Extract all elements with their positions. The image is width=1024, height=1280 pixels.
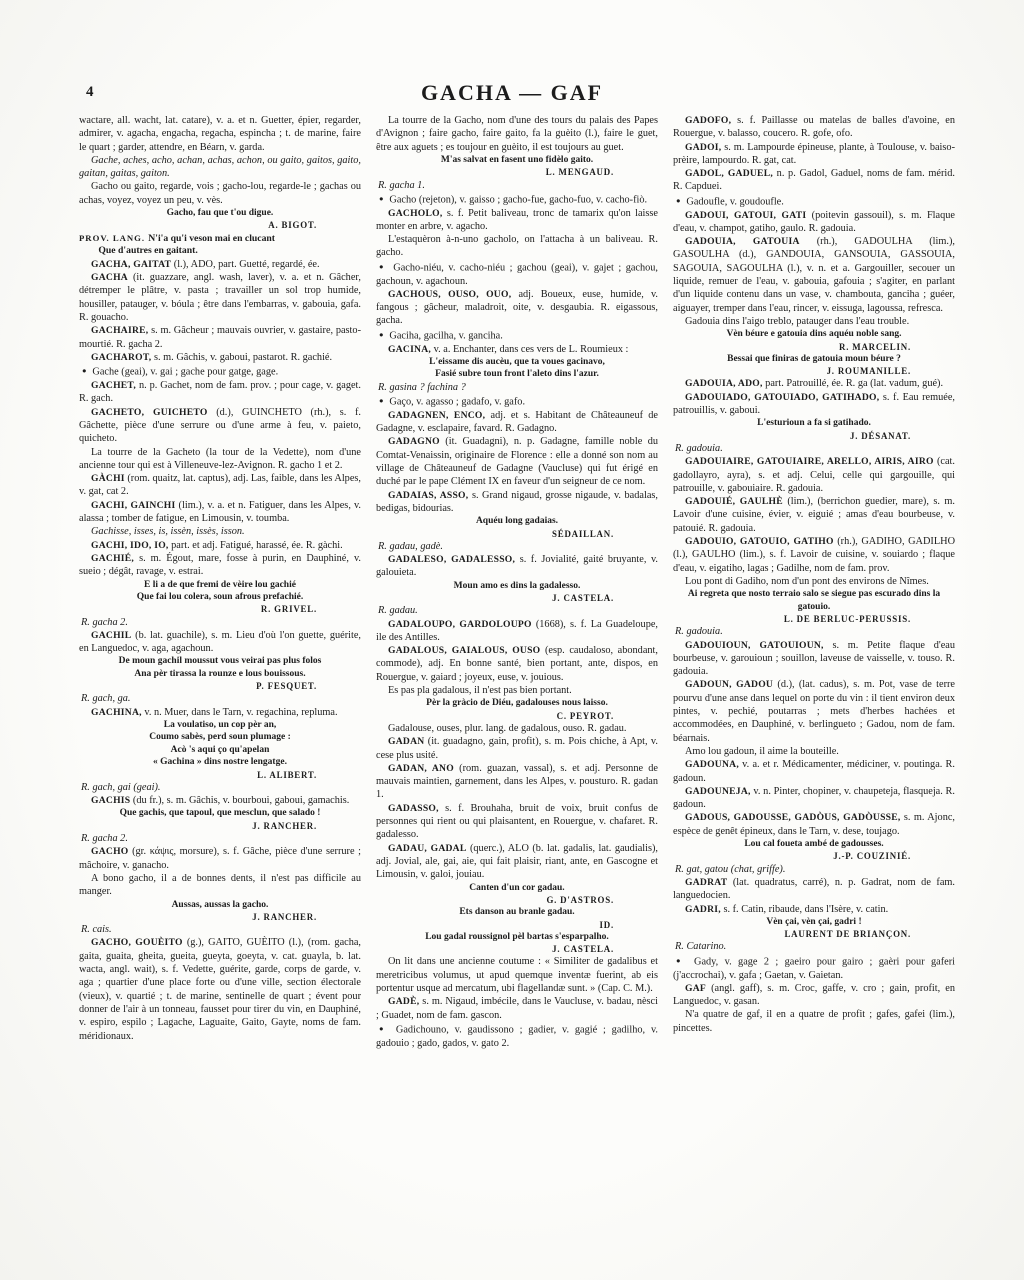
etymology-ref: R. gadau. bbox=[376, 604, 658, 617]
attribution: L. ALIBERT. bbox=[79, 769, 361, 781]
block-text: Lou gadal roussignol pèl bartas s'esparp… bbox=[425, 932, 609, 942]
headword: GADOUIA, GATOUIA bbox=[685, 236, 800, 247]
headword: GACHETO, GUICHETO bbox=[91, 407, 208, 418]
attribution: ID. bbox=[376, 919, 658, 931]
verse-quote: La voulatiso, un cop pèr an, Coumo sabès… bbox=[79, 719, 361, 769]
block-text: La tourre de la Gacheto (la tour de la V… bbox=[79, 447, 361, 471]
example-paragraph: A bono gacho, il a de bonnes dents, il n… bbox=[79, 872, 361, 899]
headword: GACHA bbox=[91, 272, 128, 283]
block-text: Gachisse, isses, is, issèn, issès, isson… bbox=[91, 526, 245, 537]
dictionary-entry: GADOUIÉ, GAULHÈ (lim.), (berrichon guedi… bbox=[673, 495, 955, 535]
block-text: J. RANCHER. bbox=[252, 821, 317, 831]
headword: GADOUIÉ, GAULHÈ bbox=[685, 496, 783, 507]
block-text: R. MARCELIN. bbox=[839, 342, 911, 352]
headword: GACHOLO, bbox=[388, 208, 443, 219]
example-paragraph: N'a quatre de gaf, il en a quatre de pro… bbox=[673, 1008, 955, 1035]
dictionary-entry: GADOFO, s. f. Paillasse ou matelas de ba… bbox=[673, 114, 955, 141]
etymology-ref: R. gacha 1. bbox=[376, 179, 658, 192]
headword: GACHO bbox=[91, 846, 129, 857]
bullet-icon: ● bbox=[379, 330, 389, 339]
example-paragraph: L'estaquèron à-n-uno gacholo, on l'attac… bbox=[376, 233, 658, 260]
verse-quote: Vèn béure e gatouia dins aquéu noble san… bbox=[673, 328, 955, 340]
dictionary-entry: GADÈ, s. m. Nigaud, imbécile, dans le Va… bbox=[376, 995, 658, 1022]
headword: GADOUIO, GATOUIO, GATIHO bbox=[685, 536, 834, 547]
example-paragraph: La tourre de la Gacheto (la tour de la V… bbox=[79, 446, 361, 473]
block-text: Gady, v. gage 2 ; gaeiro pour gairo ; ga… bbox=[673, 956, 955, 980]
headword: GADOI, bbox=[685, 142, 721, 153]
block-text: v. n. Muer, dans le Tarn, v. regachina, … bbox=[142, 707, 338, 718]
verse-quote: Pèr la gràcio de Diéu, gadalouses nous l… bbox=[376, 697, 658, 709]
dictionary-entry: GADOUI, GATOUI, GATI (poitevin gassouil)… bbox=[673, 209, 955, 236]
block-text: Gadichouno, v. gaudissono ; gadier, v. g… bbox=[376, 1024, 658, 1048]
etymology-ref: R. gadau, gadè. bbox=[376, 540, 658, 553]
dictionary-entry: GADOUIA, ADO, part. Patrouillé, ée. R. g… bbox=[673, 377, 955, 390]
dictionary-entry: GACHIL (b. lat. guachile), s. m. Lieu d'… bbox=[79, 629, 361, 656]
block-text: part. Patrouillé, ée. R. ga (lat. vadum,… bbox=[763, 378, 943, 389]
block-text: R. gadouia. bbox=[675, 443, 723, 454]
attribution: A. BIGOT. bbox=[79, 219, 361, 231]
bullet-icon: ● bbox=[379, 262, 393, 271]
dictionary-entry: GACHO, GOUÈITO (g.), GAITO, GUÈITO (l.),… bbox=[79, 936, 361, 1042]
dictionary-entry: GADASSO, s. f. Brouhaha, bruit de voix, … bbox=[376, 802, 658, 842]
attribution: L. DE BERLUC-PERUSSIS. bbox=[673, 613, 955, 625]
dictionary-entry: GACHINA, v. n. Muer, dans le Tarn, v. re… bbox=[79, 706, 361, 719]
dictionary-entry: GACHI, IDO, IO, part. et adj. Fatigué, h… bbox=[79, 539, 361, 552]
block-text: R. gacha 2. bbox=[81, 617, 128, 628]
block-text: R. gadau. bbox=[378, 605, 418, 616]
example-paragraph: Gadouia dins l'aigo treblo, patauger dan… bbox=[673, 315, 955, 328]
dictionary-entry: GADAGNO (it. Guadagni), n. p. Gadagne, f… bbox=[376, 435, 658, 488]
block-text: s. f. Catin, ribaude, dans l'Isère, v. c… bbox=[721, 904, 888, 915]
dictionary-entry: GADOUNA, v. a. et r. Médicamenter, médic… bbox=[673, 758, 955, 785]
block-text: LAURENT DE BRIANÇON. bbox=[784, 929, 911, 939]
block-text: Bessai que finiras de gatouia moun béure… bbox=[727, 354, 901, 364]
etymology-ref: R. gacha 2. bbox=[79, 616, 361, 629]
block-text: C. PEYROT. bbox=[557, 711, 614, 721]
headword: GACHET, bbox=[91, 380, 136, 391]
block-text: J. CASTELA. bbox=[552, 944, 614, 954]
dictionary-entry: GADAGNEN, ENCO, adj. et s. Habitant de C… bbox=[376, 409, 658, 436]
headword: GADOUNEJA, bbox=[685, 786, 751, 797]
headword: GADALOUPO, GARDOLOUPO bbox=[388, 619, 532, 630]
attribution: J. DÉSANAT. bbox=[673, 430, 955, 442]
headword: GADOL, GADUEL, bbox=[685, 168, 773, 179]
block-text: R. gasina ? fachina ? bbox=[378, 382, 466, 393]
verse-quote: E li a de que fremi de vèire lou gachié … bbox=[79, 579, 361, 604]
dictionary-entry: GACHOUS, OUSO, OUO, adj. Boueux, euse, h… bbox=[376, 288, 658, 328]
block-text: M'as salvat en fasent uno fidèlo gaito. bbox=[441, 155, 593, 165]
headword: GADAN bbox=[388, 736, 424, 747]
headword: GADOUN, GADOU bbox=[685, 679, 773, 690]
headword: GADALESO, GADALESSO, bbox=[388, 554, 515, 565]
block-text: G. D'ASTROS. bbox=[546, 895, 614, 905]
block-text: Ets danson au branle gadau. bbox=[459, 907, 574, 917]
block-text: J. ROUMANILLE. bbox=[827, 366, 911, 376]
headword: GACHI, IDO, IO, bbox=[91, 540, 169, 551]
attribution: J. ROUMANILLE. bbox=[673, 365, 955, 377]
block-text: s. m. Gâchis, v. gaboui, pastarot. R. ga… bbox=[151, 352, 332, 363]
dictionary-entry: GADOI, s. m. Lampourde épineuse, plante,… bbox=[673, 141, 955, 168]
block-text: part. et adj. Fatigué, harassé, ée. R. g… bbox=[169, 540, 343, 551]
headword: GACHOUS, OUSO, OUO, bbox=[388, 289, 511, 300]
example-paragraph: On lit dans une ancienne coutume : « Sim… bbox=[376, 955, 658, 995]
attribution: J. RANCHER. bbox=[79, 820, 361, 832]
block-text: Gacho (rejeton), v. gaisso ; gacho-fue, … bbox=[389, 194, 647, 205]
text-column: La tourre de la Gacho, nom d'une des tou… bbox=[376, 114, 658, 1050]
headword: GACHO, GOUÈITO bbox=[91, 937, 183, 948]
dictionary-entry: GADOUN, GADOU (d.), (lat. cadus), s. m. … bbox=[673, 678, 955, 744]
block-text: R. gach, ga. bbox=[81, 693, 130, 704]
headword: GACHAROT, bbox=[91, 352, 151, 363]
block-text: Gacho-niéu, v. cacho-niéu ; gachou (geai… bbox=[376, 262, 658, 286]
verse-quote: Bessai que finiras de gatouia moun béure… bbox=[673, 353, 955, 365]
headword: GADAGNEN, ENCO, bbox=[388, 410, 485, 421]
block-text: L. MENGAUD. bbox=[546, 167, 614, 177]
conjugation-paragraph: Gachisse, isses, is, issèn, issès, isson… bbox=[79, 525, 361, 538]
headword: GADALOUS, GAIALOUS, OUSO bbox=[388, 645, 540, 656]
dictionary-entry: GADAU, GADAL (querc.), ALO (b. lat. gada… bbox=[376, 842, 658, 882]
block-text: A. BIGOT. bbox=[268, 220, 317, 230]
cross-reference: ● Gacho (rejeton), v. gaisso ; gacho-fue… bbox=[376, 192, 658, 207]
block-text: J.-P. COUZINIÉ. bbox=[833, 851, 911, 861]
headword: GADOUS, GADOUSSE, GADÒUS, GADÒUSSE, bbox=[685, 812, 901, 823]
block-text: On lit dans une ancienne coutume : « Sim… bbox=[376, 956, 658, 994]
verse-quote: Moun amo es dins la gadalesso. bbox=[376, 580, 658, 592]
block-text: Gadouia dins l'aigo treblo, patauger dan… bbox=[685, 316, 909, 327]
cross-reference: ● Gadichouno, v. gaudissono ; gadier, v.… bbox=[376, 1022, 658, 1050]
headword: GADOUIAIRE, GATOUIAIRE, ARELLO, AIRIS, A… bbox=[685, 456, 934, 467]
block-text: wactare, all. wacht, lat. catare), v. a.… bbox=[79, 115, 361, 153]
dictionary-entry: GADOL, GADUEL, n. p. Gadol, Gaduel, noms… bbox=[673, 167, 955, 194]
block-text: R. gacha 1. bbox=[378, 180, 425, 191]
block-text: Gacho ou gaito, regarde, vois ; gacho-lo… bbox=[79, 181, 361, 205]
block-text: Pèr la gràcio de Diéu, gadalouses nous l… bbox=[426, 698, 608, 708]
verse-quote: Lou cal foueta ambé de gadousses. bbox=[673, 838, 955, 850]
example-paragraph: Amo lou gadoun, il aime la bouteille. bbox=[673, 745, 955, 758]
attribution: J. CASTELA. bbox=[376, 943, 658, 955]
dictionary-entry: GADOUS, GADOUSSE, GADÒUS, GADÒUSSE, s. m… bbox=[673, 811, 955, 838]
block-text: R. gach, gai (geai). bbox=[81, 782, 161, 793]
headword: GADÈ, bbox=[388, 996, 419, 1007]
attribution: R. MARCELIN. bbox=[673, 341, 955, 353]
block-text: Gache, aches, acho, achan, achas, achon,… bbox=[79, 155, 361, 179]
verse-quote: Que gachis, que tapoul, que mesclun, que… bbox=[79, 807, 361, 819]
bullet-icon: ● bbox=[379, 396, 389, 405]
block-text: R. gat, gatou (chat, griffe). bbox=[675, 864, 785, 875]
dictionary-entry: GADOUNEJA, v. n. Pinter, chopiner, v. ch… bbox=[673, 785, 955, 812]
headword: GADRAT bbox=[685, 877, 727, 888]
text-column: wactare, all. wacht, lat. catare), v. a.… bbox=[79, 114, 361, 1050]
etymology-ref: R. gat, gatou (chat, griffe). bbox=[673, 863, 955, 876]
headword: GADASSO, bbox=[388, 803, 439, 814]
headword: GADOUI, GATOUI, GATI bbox=[685, 210, 806, 221]
block-text: J. DÉSANAT. bbox=[850, 431, 911, 441]
dictionary-entry: GADAIAS, ASSO, s. Grand nigaud, grosse n… bbox=[376, 489, 658, 516]
block-text: (g.), GAITO, GUÈITO (l.), (rom. gacha, g… bbox=[79, 937, 361, 1041]
headword: GAF bbox=[685, 983, 706, 994]
block-text: Aquéu long gadaias. bbox=[476, 516, 558, 526]
etymology-ref: R. gasina ? fachina ? bbox=[376, 381, 658, 394]
block-text: A bono gacho, il a de bonnes dents, il n… bbox=[79, 873, 361, 897]
block-text: R. Catarino. bbox=[675, 941, 726, 952]
cross-reference: ● Gacho-niéu, v. cacho-niéu ; gachou (ge… bbox=[376, 260, 658, 288]
dictionary-entry: GACHETO, GUICHETO (d.), GUINCHETO (rh.),… bbox=[79, 406, 361, 446]
cross-reference: ● Gaciha, gacilha, v. ganciha. bbox=[376, 328, 658, 343]
dictionary-entry: GADRAT (lat. quadratus, carré), n. p. Ga… bbox=[673, 876, 955, 903]
verse-quote: Canten d'un cor gadau. bbox=[376, 882, 658, 894]
block-text: (angl. gaff), s. m. Croc, gaffe, v. cro … bbox=[673, 983, 955, 1007]
headword: GADOUIADO, GATOUIADO, GATIHADO, bbox=[685, 392, 879, 403]
verse-quote: Lou gadal roussignol pèl bartas s'esparp… bbox=[376, 931, 658, 943]
dictionary-entry: GACHAIRE, s. m. Gâcheur ; mauvais ouvrie… bbox=[79, 324, 361, 351]
dictionary-entry: GACHO (gr. κάψις, morsure), s. f. Gâche,… bbox=[79, 845, 361, 872]
headword: GADOUIA, ADO, bbox=[685, 378, 763, 389]
block-text: Vèn çai, vèn çai, gadri ! bbox=[766, 917, 861, 927]
continuation-paragraph: wactare, all. wacht, lat. catare), v. a.… bbox=[79, 114, 361, 154]
block-text: SÉDAILLAN. bbox=[552, 529, 614, 539]
example-paragraph: Gacho ou gaito, regarde, vois ; gacho-lo… bbox=[79, 180, 361, 207]
running-header: GACHA — GAF bbox=[0, 80, 1024, 106]
example-paragraph: La tourre de la Gacho, nom d'une des tou… bbox=[376, 114, 658, 154]
proverb: PROV. LANG. N'i'a qu'i veson mai en cluc… bbox=[79, 232, 361, 258]
attribution: SÉDAILLAN. bbox=[376, 528, 658, 540]
block-text: L'eissame dis aucèu, que ta voues gacina… bbox=[429, 357, 605, 379]
etymology-ref: R. Catarino. bbox=[673, 940, 955, 953]
dictionary-entry: GADALOUS, GAIALOUS, OUSO (esp. caudaloso… bbox=[376, 644, 658, 684]
block-text: Ai regreta que nosto terraio salo se sie… bbox=[688, 589, 940, 611]
block-text: Gadalouse, ouses, plur. lang. de gadalou… bbox=[388, 723, 627, 734]
example-paragraph: Lou pont di Gadiho, nom d'un pont des en… bbox=[673, 575, 955, 588]
attribution: J. RANCHER. bbox=[79, 911, 361, 923]
verse-quote: De moun gachil moussut vous veirai pas p… bbox=[79, 655, 361, 680]
block-text: R. gacha 2. bbox=[81, 833, 128, 844]
verse-quote: L'esturioun a fa si gatihado. bbox=[673, 417, 955, 429]
block-text: Aussas, aussas la gacho. bbox=[172, 900, 269, 910]
verse-quote: Ets danson au branle gadau. bbox=[376, 906, 658, 918]
example-paragraph: Es pas pla gadalous, il n'est pas bien p… bbox=[376, 684, 658, 697]
headword: PROV. LANG. bbox=[79, 233, 148, 243]
headword: GADAU, GADAL bbox=[388, 843, 467, 854]
dictionary-entry: GADOUIOUN, GATOUIOUN, s. m. Petite flaqu… bbox=[673, 639, 955, 679]
block-text: L'esturioun a fa si gatihado. bbox=[757, 418, 871, 428]
block-text: Moun amo es dins la gadalesso. bbox=[454, 581, 581, 591]
conjugation-paragraph: Gache, aches, acho, achan, achas, achon,… bbox=[79, 154, 361, 181]
block-text: L. DE BERLUC-PERUSSIS. bbox=[784, 614, 911, 624]
block-text: Es pas pla gadalous, il n'est pas bien p… bbox=[388, 685, 572, 696]
block-text: R. gadau, gadè. bbox=[378, 541, 443, 552]
block-text: Gaciha, gacilha, v. ganciha. bbox=[389, 330, 502, 341]
dictionary-entry: GADAN, ANO (rom. guazan, vassal), s. et … bbox=[376, 762, 658, 802]
headword: GACHA, GAITAT bbox=[91, 259, 171, 270]
etymology-ref: R. gadouia. bbox=[673, 442, 955, 455]
block-text: R. GRIVEL. bbox=[261, 604, 317, 614]
headword: GACHIS bbox=[91, 795, 130, 806]
block-text: s. m. Nigaud, imbécile, dans le Vaucluse… bbox=[376, 996, 658, 1020]
block-text: Gache (geai), v. gai ; gache pour gatge,… bbox=[92, 367, 278, 378]
headword: GÀCHI bbox=[91, 473, 125, 484]
headword: GADRI, bbox=[685, 904, 721, 915]
dictionary-entry: GADALOUPO, GARDOLOUPO (1668), s. f. La G… bbox=[376, 618, 658, 645]
attribution: J.-P. COUZINIÉ. bbox=[673, 850, 955, 862]
columns-container: wactare, all. wacht, lat. catare), v. a.… bbox=[79, 114, 955, 1050]
bullet-icon: ● bbox=[379, 194, 389, 203]
etymology-ref: R. cais. bbox=[79, 923, 361, 936]
attribution: G. D'ASTROS. bbox=[376, 894, 658, 906]
block-text: J. RANCHER. bbox=[252, 912, 317, 922]
cross-reference: ● Gady, v. gage 2 ; gaeiro pour gairo ; … bbox=[673, 954, 955, 982]
block-text: Gadoufle, v. goudoufle. bbox=[686, 196, 783, 207]
cross-reference: ● Gache (geai), v. gai ; gache pour gatg… bbox=[79, 364, 361, 379]
block-text: Lou cal foueta ambé de gadousses. bbox=[744, 839, 883, 849]
dictionary-entry: GÀCHI (rom. quaitz, lat. captus), adj. L… bbox=[79, 472, 361, 499]
block-text: Canten d'un cor gadau. bbox=[469, 883, 564, 893]
dictionary-entry: GACHIÉ, s. m. Égout, mare, fosse à purin… bbox=[79, 552, 361, 579]
dictionary-entry: GADAN (it. guadagno, gain, profit), s. m… bbox=[376, 735, 658, 762]
block-text: Lou pont di Gadiho, nom d'un pont des en… bbox=[685, 576, 929, 587]
example-paragraph: Gadalouse, ouses, plur. lang. de gadalou… bbox=[376, 722, 658, 735]
attribution: C. PEYROT. bbox=[376, 710, 658, 722]
dictionary-entry: GADOUIA, GATOUIA (rh.), GADOULHA (lim.),… bbox=[673, 235, 955, 315]
block-text: La tourre de la Gacho, nom d'une des tou… bbox=[376, 115, 658, 153]
block-text: ID. bbox=[600, 920, 614, 930]
dictionary-entry: GACINA, v. a. Enchanter, dans ces vers d… bbox=[376, 343, 658, 356]
etymology-ref: R. gach, gai (geai). bbox=[79, 781, 361, 794]
block-text: (du fr.), s. m. Gâchis, v. bourboui, gab… bbox=[130, 795, 349, 806]
block-text: N'a quatre de gaf, il en a quatre de pro… bbox=[673, 1009, 955, 1033]
dictionary-entry: GACHIS (du fr.), s. m. Gâchis, v. bourbo… bbox=[79, 794, 361, 807]
block-text: Vèn béure e gatouia dins aquéu noble san… bbox=[726, 329, 901, 339]
block-text: (rh.), GADOULHA (lim.), GASOULHA (d.), G… bbox=[673, 236, 955, 313]
headword: GACHAIRE, bbox=[91, 325, 148, 336]
verse-quote: Ai regreta que nosto terraio salo se sie… bbox=[673, 588, 955, 613]
bullet-icon: ● bbox=[379, 1024, 396, 1033]
attribution: L. MENGAUD. bbox=[376, 166, 658, 178]
dictionary-entry: GACHET, n. p. Gachet, nom de fam. prov. … bbox=[79, 379, 361, 406]
dictionary-entry: GADRI, s. f. Catin, ribaude, dans l'Isèr… bbox=[673, 903, 955, 916]
dictionary-entry: GAF (angl. gaff), s. m. Croc, gaffe, v. … bbox=[673, 982, 955, 1009]
headword: GADOFO, bbox=[685, 115, 731, 126]
cross-reference: ● Gadoufle, v. goudoufle. bbox=[673, 194, 955, 209]
dictionary-entry: GADALESO, GADALESSO, s. f. Jovialité, ga… bbox=[376, 553, 658, 580]
block-text: Gaço, v. agasso ; gadafo, v. gafo. bbox=[389, 396, 525, 407]
dictionary-entry: GADOUIO, GATOUIO, GATIHO (rh.), GADIHO, … bbox=[673, 535, 955, 575]
headword: GACHIL bbox=[91, 630, 131, 641]
verse-quote: M'as salvat en fasent uno fidèlo gaito. bbox=[376, 154, 658, 166]
block-text: L'estaquèron à-n-uno gacholo, on l'attac… bbox=[376, 234, 658, 258]
verse-quote: Gacho, fau que t'ou digue. bbox=[79, 207, 361, 219]
dictionary-entry: GADOUIADO, GATOUIADO, GATIHADO, s. f. Ea… bbox=[673, 391, 955, 418]
dictionary-page: 4 GACHA — GAF wactare, all. wacht, lat. … bbox=[0, 0, 1024, 1280]
headword: GADAN, ANO bbox=[388, 763, 454, 774]
verse-quote: L'eissame dis aucèu, que ta voues gacina… bbox=[376, 356, 658, 381]
verse-quote: Vèn çai, vèn çai, gadri ! bbox=[673, 916, 955, 928]
bullet-icon: ● bbox=[82, 366, 92, 375]
attribution: R. GRIVEL. bbox=[79, 603, 361, 615]
dictionary-entry: GACHAROT, s. m. Gâchis, v. gaboui, pasta… bbox=[79, 351, 361, 364]
block-text: R. cais. bbox=[81, 924, 112, 935]
block-text: Amo lou gadoun, il aime la bouteille. bbox=[685, 746, 839, 757]
verse-quote: Aquéu long gadaias. bbox=[376, 515, 658, 527]
dictionary-entry: GACHA, GAITAT (l.), ADO, part. Guetté, r… bbox=[79, 258, 361, 271]
block-text: P. FESQUET. bbox=[256, 681, 317, 691]
block-text: Que gachis, que tapoul, que mesclun, que… bbox=[120, 808, 321, 818]
block-text: Gacho, fau que t'ou digue. bbox=[167, 208, 274, 218]
headword: GACHIÉ, bbox=[91, 553, 134, 564]
dictionary-entry: GADOUIAIRE, GATOUIAIRE, ARELLO, AIRIS, A… bbox=[673, 455, 955, 495]
block-text: v. a. Enchanter, dans ces vers de L. Rou… bbox=[431, 344, 628, 355]
block-text: De moun gachil moussut vous veirai pas p… bbox=[119, 656, 322, 678]
headword: GACINA, bbox=[388, 344, 431, 355]
attribution: J. CASTELA. bbox=[376, 592, 658, 604]
verse-quote: Aussas, aussas la gacho. bbox=[79, 899, 361, 911]
block-text: E li a de que fremi de vèire lou gachié … bbox=[137, 580, 303, 602]
headword: GADOUNA, bbox=[685, 759, 739, 770]
headword: GADOUIOUN, GATOUIOUN, bbox=[685, 640, 824, 651]
attribution: LAURENT DE BRIANÇON. bbox=[673, 928, 955, 940]
block-text: R. gadouia. bbox=[675, 626, 723, 637]
headword: GADAIAS, ASSO, bbox=[388, 490, 468, 501]
cross-reference: ● Gaço, v. agasso ; gadafo, v. gafo. bbox=[376, 394, 658, 409]
headword: GACHI, GAINCHI bbox=[91, 500, 175, 511]
headword: GACHINA, bbox=[91, 707, 142, 718]
attribution: P. FESQUET. bbox=[79, 680, 361, 692]
block-text: (l.), ADO, part. Guetté, regardé, ée. bbox=[171, 259, 319, 270]
block-text: L. ALIBERT. bbox=[257, 770, 317, 780]
dictionary-entry: GACHA (it. guazzare, angl. wash, laver),… bbox=[79, 271, 361, 324]
bullet-icon: ● bbox=[676, 956, 694, 965]
dictionary-entry: GACHOLO, s. f. Petit baliveau, tronc de … bbox=[376, 207, 658, 234]
dictionary-entry: GACHI, GAINCHI (lim.), v. a. et n. Fatig… bbox=[79, 499, 361, 526]
etymology-ref: R. gacha 2. bbox=[79, 832, 361, 845]
block-text: La voulatiso, un cop pèr an, Coumo sabès… bbox=[149, 720, 290, 767]
etymology-ref: R. gach, ga. bbox=[79, 692, 361, 705]
bullet-icon: ● bbox=[676, 196, 686, 205]
headword: GADAGNO bbox=[388, 436, 440, 447]
etymology-ref: R. gadouia. bbox=[673, 625, 955, 638]
text-column: GADOFO, s. f. Paillasse ou matelas de ba… bbox=[673, 114, 955, 1050]
block-text: J. CASTELA. bbox=[552, 593, 614, 603]
